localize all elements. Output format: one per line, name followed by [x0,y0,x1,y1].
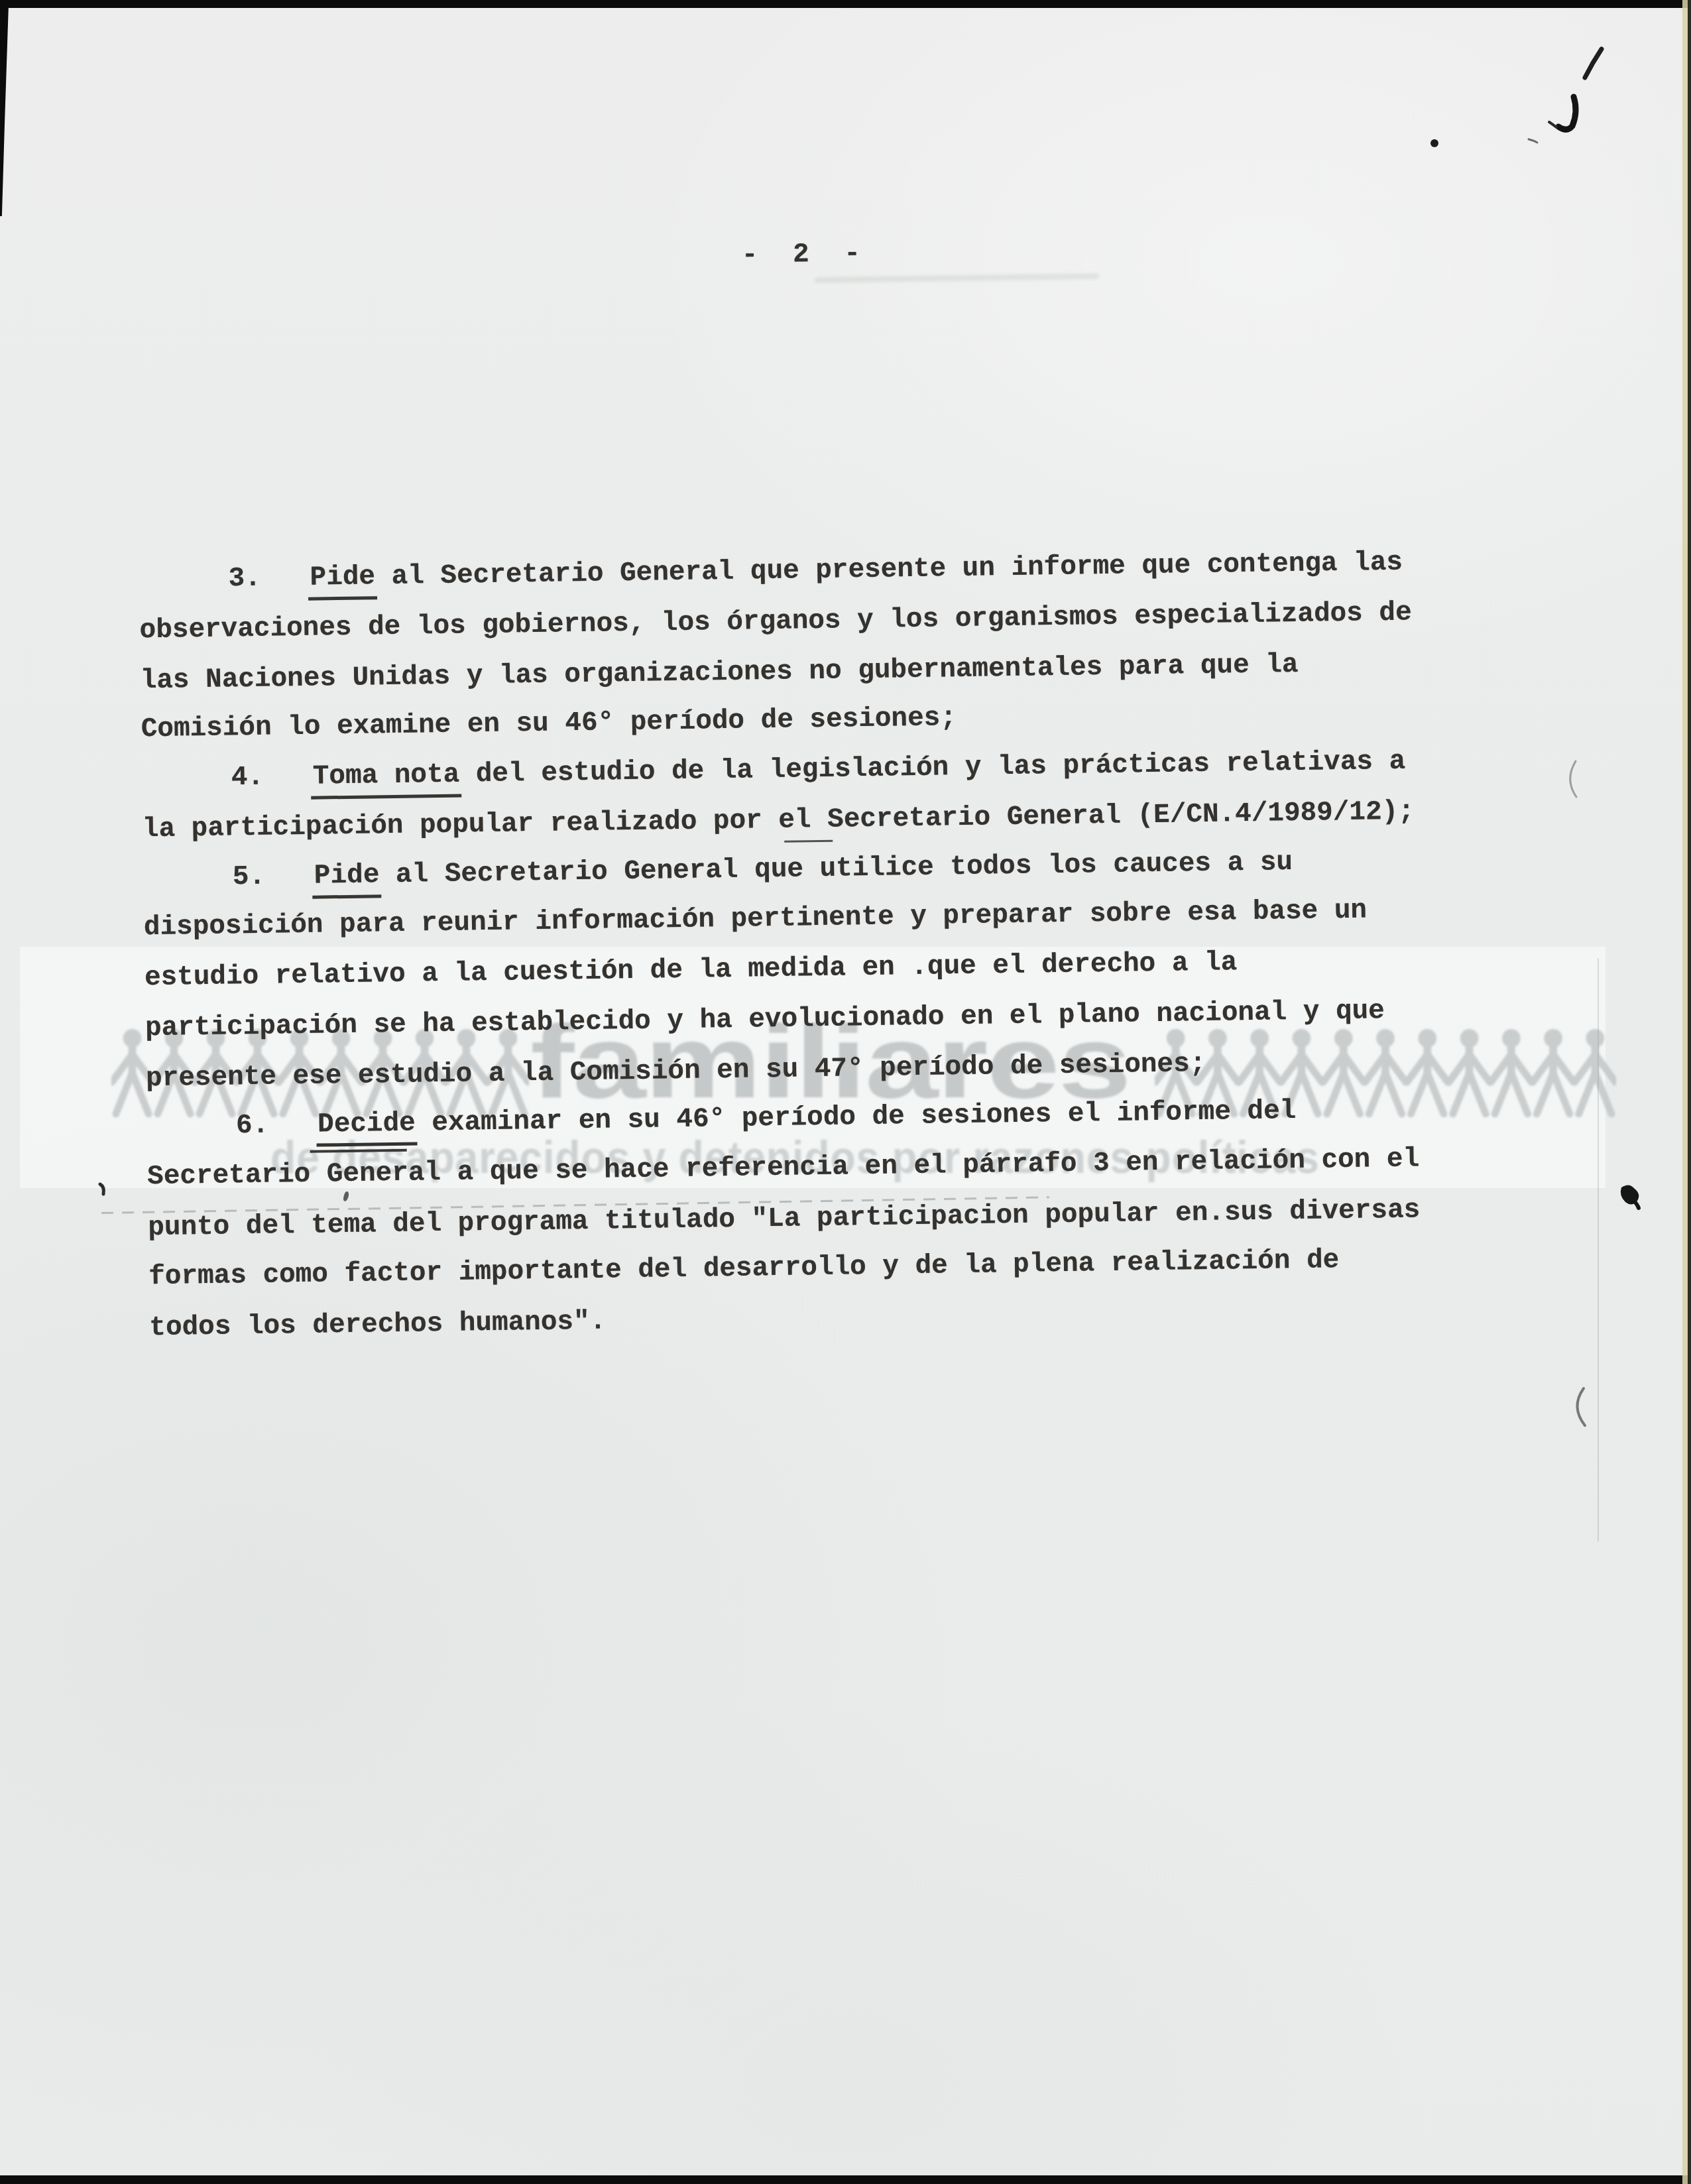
typed-line: 6. Decide examinar en su 46° período de … [236,1098,1297,1140]
typed-text: 5. [233,861,315,893]
typed-text: del estudio de la legislación y las prác… [459,747,1406,790]
scan-edge-top [0,0,1691,8]
page-number: - 2 - [742,241,870,270]
typed-line: estudio relativo a la cuestión de la med… [145,949,1238,992]
typed-line: Secretario General a que se hace referen… [147,1146,1420,1191]
typed-text: la participación popular realizado por [143,806,779,845]
typed-line: Comisión lo examine en su 46° período de… [141,705,957,743]
typed-text: estudio relativo a la cuestión de la med… [145,947,1238,993]
typed-line: participación se ha establecido y ha evo… [145,998,1385,1042]
typed-text: examinar en su 46° período de sesiones e… [415,1096,1296,1139]
typed-line: punto del tema del programa titulado "La… [148,1197,1421,1242]
stray-ink-mark [343,1191,349,1201]
typed-text: participación se ha establecido y ha evo… [145,996,1385,1044]
typed-text: Comisión lo examine en su 46° período de… [141,703,957,745]
scanned-document-page: familiares de desaparecidos y detenidos … [0,0,1691,2184]
typed-line: todos los derechos humanos". [149,1309,606,1343]
underlined-word: Pide [310,562,375,593]
typed-text: todos los derechos humanos". [149,1307,606,1344]
underlined-word: Decide [318,1109,416,1140]
typed-line: disposición para reunir información pert… [144,897,1368,941]
typed-text: 4. [231,762,314,794]
smudge-mark [814,273,1099,283]
underlined-word: el [778,805,827,836]
typed-line: 5. Pide al Secretario General que utilic… [233,849,1293,891]
scan-edge-right-dark [1688,0,1691,2184]
typed-text: 3. [228,563,310,595]
typed-text: 6. [236,1110,318,1142]
typed-text-layer: - 2 - 3. Pide al Secretario General que … [0,0,1691,2184]
typed-text: Secretario General (E/CN.4/1989/12); [827,796,1415,835]
typed-line: observaciones de los gobiernos, los órga… [139,599,1412,644]
typed-text: las Naciones Unidas y las organizaciones… [140,650,1298,696]
typed-text: presente ese estudio a la Comisión en su… [146,1049,1206,1094]
scan-edge-bottom [0,2175,1691,2184]
typed-line: formas como factor importante del desarr… [148,1247,1339,1291]
typed-line: las Naciones Unidas y las organizaciones… [140,652,1298,695]
typed-text: disposición para reunir información pert… [144,895,1368,943]
underlined-word: Toma nota [313,760,460,792]
typed-text: al Secretario General que utilice todos … [379,847,1293,890]
typed-text: observaciones de los gobiernos, los órga… [139,597,1412,646]
typed-text: formas como factor importante del desarr… [148,1245,1340,1292]
typed-line: presente ese estudio a la Comisión en su… [146,1051,1206,1093]
paper-edge-line [1598,958,1599,1542]
typed-line: 3. Pide al Secretario General que presen… [228,550,1403,593]
typed-line: 4. Toma nota del estudio de la legislaci… [231,749,1406,792]
underlined-word: Pide [314,860,380,891]
typed-line: la participación popular realizado por e… [143,798,1415,843]
typed-text: al Secretario General que presente un in… [375,548,1403,593]
